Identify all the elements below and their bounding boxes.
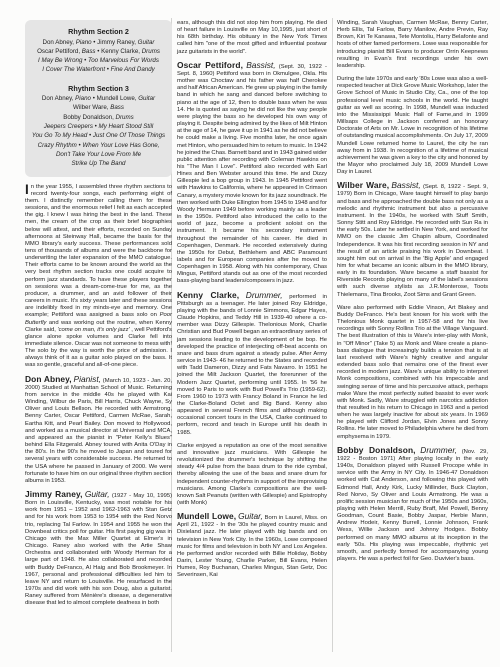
column-3: Winding, Sarah Vaughan, Carmen McRae, Be… bbox=[337, 20, 488, 563]
bio-don-abney: Don Abney, Pianist, (March 10, 1923 - Ja… bbox=[25, 376, 172, 485]
personnel-line: Don Abney, Piano • Mundell Lowe, Guitar bbox=[30, 94, 167, 103]
bio-instrument: Pianist, bbox=[74, 374, 101, 384]
rhythm-section-title: Rhythm Section 3 bbox=[30, 84, 167, 95]
song-line: Strike Up The Band bbox=[30, 159, 167, 168]
song-line: I May Be Wrong • Too Marvelous For Words bbox=[30, 56, 167, 65]
personnel-line: Oscar Pettiford, Bass • Kenny Clarke, Dr… bbox=[30, 47, 167, 56]
bio-instrument: Bassist, bbox=[246, 60, 275, 70]
bio-text: (Sept. 8, 1922 - Sept. 9, 1979) Born in … bbox=[337, 184, 488, 297]
italic-run: Bass bbox=[110, 104, 124, 111]
column-divider-2 bbox=[332, 18, 333, 652]
italic-run: Guitar bbox=[138, 95, 155, 102]
bio-text: (Nov. 29, 1922 - Boston 1971) After play… bbox=[337, 449, 488, 562]
text-run: Wilber Ware, bbox=[73, 104, 110, 111]
column-1: Rhythm Section 2Don Abney, Piano • Jimmy… bbox=[25, 20, 172, 607]
text-run: n the year 1955, I assembled three rhyth… bbox=[25, 184, 172, 319]
text-run: Don Abney, bbox=[42, 95, 75, 102]
paragraph: Winding, Sarah Vaughan, Carmen McRae, Be… bbox=[337, 20, 488, 70]
text-run: • Mundell Lowe, bbox=[91, 95, 138, 102]
personnel-line: Don Abney, Piano • Jimmy Raney, Guitar bbox=[30, 38, 167, 47]
bio-name: Bobby Donaldson, bbox=[337, 445, 416, 455]
bio-oscar-pettiford: Oscar Pettiford, Bassist, (Sept. 30, 192… bbox=[177, 62, 327, 286]
liner-notes-page: Rhythm Section 2Don Abney, Piano • Jimmy… bbox=[0, 0, 500, 667]
text-run: Don Abney, bbox=[42, 39, 75, 46]
rhythm-section-title: Rhythm Section 2 bbox=[30, 27, 167, 38]
paragraph-text: During the late 1970s and early '80s Low… bbox=[337, 76, 488, 175]
italic-run: Drums bbox=[116, 114, 134, 121]
bio-name: Kenny Clarke, bbox=[177, 290, 239, 300]
bio-name: Wilber Ware, bbox=[337, 180, 389, 190]
personnel-line: Wilber Ware, Bass bbox=[30, 103, 167, 112]
italic-run: 'come on man, it's only jazz' bbox=[57, 327, 129, 333]
bio-name: Jimmy Raney, bbox=[25, 489, 83, 499]
song-line: Jeepers Creepers • My Heart Stood Still bbox=[30, 122, 167, 131]
italic-run: Guitar bbox=[138, 39, 155, 46]
bio-kenny-clarke: Kenny Clarke, Drummer, performed in Pitt… bbox=[177, 292, 327, 437]
text-run: • Jimmy Raney, bbox=[92, 39, 138, 46]
rhythm-sections-box: Rhythm Section 2Don Abney, Piano • Jimmy… bbox=[25, 20, 172, 177]
paragraph-text: Ware also performed with Eddie Vinson, A… bbox=[337, 305, 488, 440]
text-run: Oscar Pettiford, bbox=[37, 48, 82, 55]
text-run: • Kenny Clarke, bbox=[96, 48, 142, 55]
bio-name: Oscar Pettiford, bbox=[177, 60, 243, 70]
song-line: I Cover The Waterfront • Fine And Dandy bbox=[30, 65, 167, 74]
bio-jimmy-raney: Jimmy Raney, Guitar, (1927 - May 10, 199… bbox=[25, 491, 172, 608]
bio-text: (March 10, 1923 - Jan. 20, 2000) Studied… bbox=[25, 378, 172, 484]
bio-mundell-lowe: Mundell Lowe, Guitar, Born in Laurel, Mi… bbox=[177, 513, 327, 579]
bio-instrument: Bassist, bbox=[391, 180, 420, 190]
rhythm-section-3: Rhythm Section 3Don Abney, Piano • Munde… bbox=[30, 84, 167, 169]
bio-instrument: Guitar, bbox=[85, 489, 110, 499]
bio-instrument: Drummer, bbox=[246, 290, 283, 300]
dropcap: I bbox=[25, 184, 29, 197]
italic-run: Piano bbox=[76, 39, 92, 46]
paragraph-text: ears, although this did not stop him fro… bbox=[177, 20, 327, 55]
text-run: , well Pettiford's glance alone spoke vo… bbox=[25, 327, 172, 369]
bio-text: (Sept. 30, 1922 - Sept. 8, 1960) Pettifo… bbox=[177, 64, 327, 285]
bio-wilber-ware: Wilber Ware, Bassist, (Sept. 8, 1922 - S… bbox=[337, 182, 488, 299]
bio-text: performed in Pittsburgh as a teenager. H… bbox=[177, 294, 327, 436]
paragraph-text: Clarke enjoyed a reputation as one of th… bbox=[177, 443, 327, 506]
column-2: ears, although this did not stop him fro… bbox=[177, 20, 327, 580]
song-line: Crazy Rhythm • When Your Love Has Gone, bbox=[30, 141, 167, 150]
bio-name: Don Abney, bbox=[25, 374, 72, 384]
rhythm-section-2: Rhythm Section 2Don Abney, Piano • Jimmy… bbox=[30, 27, 167, 75]
paragraph: During the late 1970s and early '80s Low… bbox=[337, 76, 488, 176]
paragraph: Clarke enjoyed a reputation as one of th… bbox=[177, 443, 327, 507]
bio-instrument: Drummer, bbox=[420, 445, 457, 455]
italic-run: Drums bbox=[142, 48, 160, 55]
bio-name: Mundell Lowe, bbox=[177, 511, 236, 521]
bio-text: Born in Laurel, Miss. on April 21, 1922 … bbox=[177, 515, 327, 578]
bio-bobby-donaldson: Bobby Donaldson, Drummer, (Nov. 29, 1922… bbox=[337, 447, 488, 564]
italic-run: Bass bbox=[82, 48, 96, 55]
paragraph: ears, although this did not stop him fro… bbox=[177, 20, 327, 56]
paragraph-text: Winding, Sarah Vaughan, Carmen McRae, Be… bbox=[337, 20, 488, 69]
personnel-line: Bobby Donaldson, Drums bbox=[30, 113, 167, 122]
song-line: You Go To My Head • Just One Of Those Th… bbox=[30, 131, 167, 140]
song-line: Don't Take Your Love From Me bbox=[30, 150, 167, 159]
intro-paragraph: In the year 1955, I assembled three rhyt… bbox=[25, 184, 172, 370]
italic-run: Piano bbox=[75, 95, 91, 102]
paragraph: Ware also performed with Eddie Vinson, A… bbox=[337, 305, 488, 441]
text-run: Bobby Donaldson, bbox=[63, 114, 115, 121]
bio-text: (1927 - May 10, 1995) Born in Louisville… bbox=[25, 493, 172, 606]
bio-instrument: Guitar, bbox=[238, 511, 263, 521]
